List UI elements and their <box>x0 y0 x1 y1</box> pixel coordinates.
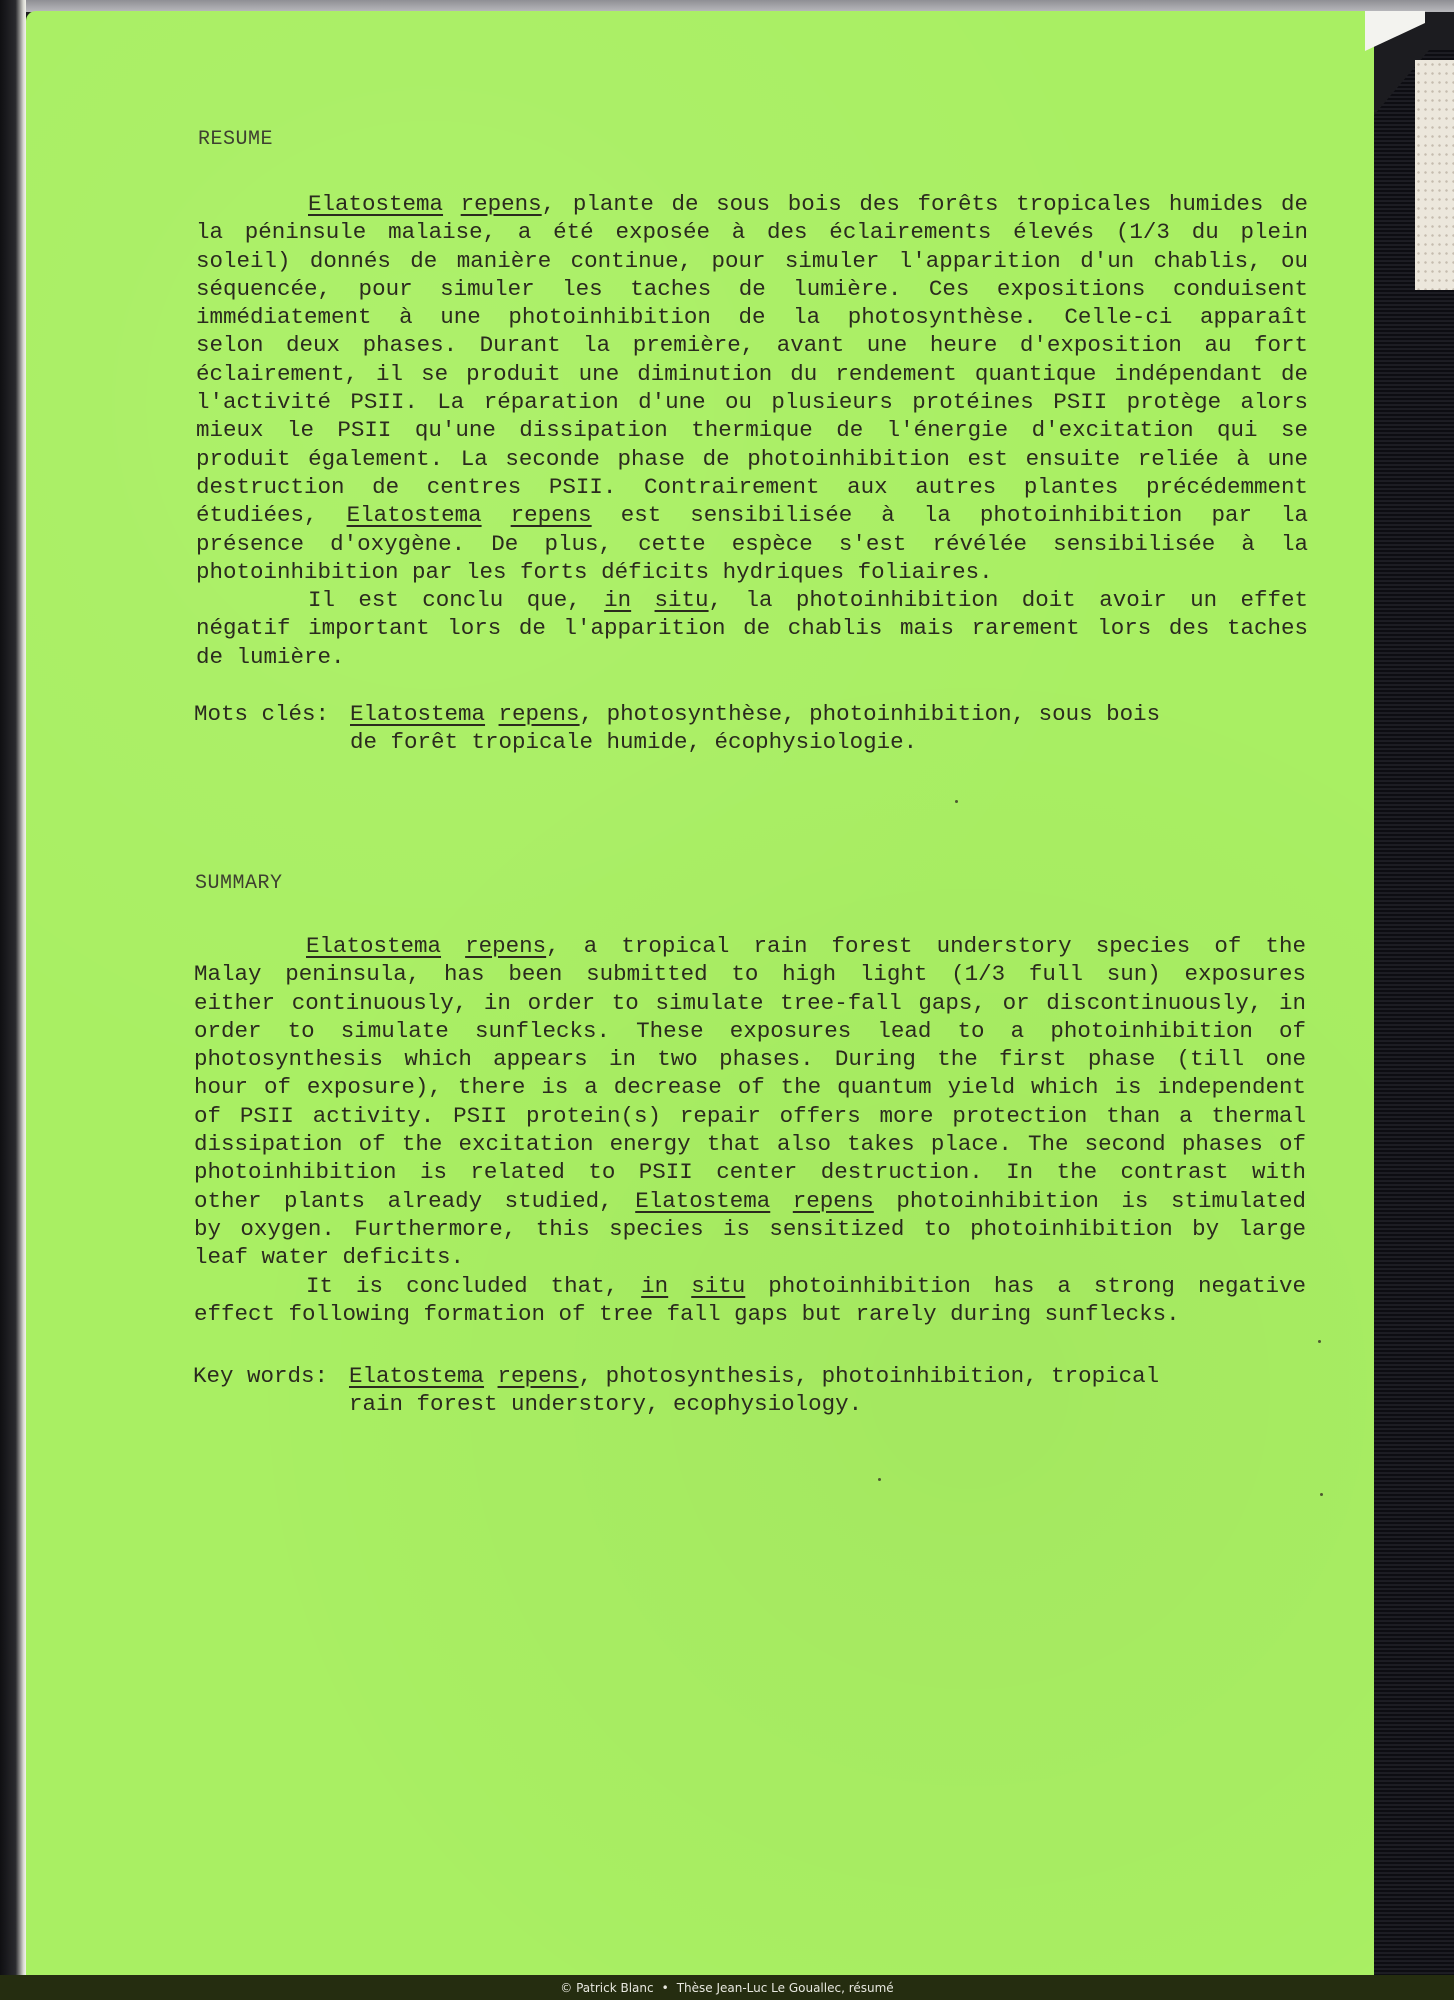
text-line: photoinhibition par les forts déficits h… <box>196 558 1308 586</box>
paper-speck <box>1320 1493 1323 1496</box>
text-line: Il est conclu que, in situ, la photoinhi… <box>196 586 1308 614</box>
paper-speck <box>955 800 958 803</box>
resume-heading: RESUME <box>198 128 273 151</box>
text-run: l'activité PSII. La réparation d'une ou … <box>196 389 1308 415</box>
text-line: présence d'oxygène. De plus, cette espèc… <box>196 530 1308 558</box>
underlined-term: repens <box>465 933 546 959</box>
underlined-term: repens <box>793 1188 874 1214</box>
underlined-term: Elatostema <box>347 502 482 528</box>
text-run: It is concluded that, <box>306 1273 641 1299</box>
keywords-label: Key words: <box>193 1362 349 1390</box>
text-run: dissipation of the excitation energy tha… <box>194 1131 1306 1157</box>
text-line: effect following formation of tree fall … <box>194 1300 1306 1328</box>
binding-inner-paper <box>1415 60 1454 290</box>
scan-background-left <box>0 0 26 1980</box>
text-run: photoinhibition par les forts déficits h… <box>196 559 993 585</box>
text-run <box>482 502 511 528</box>
text-line: éclairement, il se produit une diminutio… <box>196 360 1308 388</box>
underlined-term: repens <box>511 502 592 528</box>
text-run: , plante de sous bois des forêts tropica… <box>542 191 1308 217</box>
text-line: étudiées, Elatostema repens est sensibil… <box>196 501 1308 529</box>
keywords-line: de forêt tropicale humide, écophysiologi… <box>194 728 1214 756</box>
underlined-term: situ <box>691 1273 745 1299</box>
underlined-term: Elatostema <box>350 701 485 727</box>
text-line: l'activité PSII. La réparation d'une ou … <box>196 388 1308 416</box>
text-line: hour of exposure), there is a decrease o… <box>194 1073 1306 1101</box>
text-line: either continuously, in order to simulat… <box>194 989 1306 1017</box>
copyright-text: © Patrick Blanc <box>560 1981 653 1995</box>
resume-paragraph: Elatostema repens, plante de sous bois d… <box>196 190 1308 671</box>
keywords-label: Mots clés: <box>194 700 350 728</box>
text-run: immédiatement à une photoinhibition de l… <box>196 304 1308 330</box>
underlined-term: Elatostema <box>308 191 443 217</box>
text-line: photosynthesis which appears in two phas… <box>194 1045 1306 1073</box>
torn-corner <box>1365 11 1425 51</box>
text-run: Malay peninsula, has been submitted to h… <box>194 961 1306 987</box>
underlined-term: repens <box>498 1363 579 1389</box>
text-run: négatif important lors de l'apparition d… <box>196 615 1308 641</box>
separator-dot: • <box>662 1981 669 1995</box>
text-run: leaf water deficits. <box>194 1244 464 1270</box>
text-run: hour of exposure), there is a decrease o… <box>194 1074 1306 1100</box>
text-line: selon deux phases. Durant la première, a… <box>196 331 1308 359</box>
text-line: other plants already studied, Elatostema… <box>194 1187 1306 1215</box>
text-run: présence d'oxygène. De plus, cette espèc… <box>196 531 1308 557</box>
summary-paragraph: Elatostema repens, a tropical rain fores… <box>194 932 1306 1328</box>
keywords-line: rain forest understory, ecophysiology. <box>193 1390 1213 1418</box>
text-line: la péninsule malaise, a été exposée à de… <box>196 218 1308 246</box>
keywords-line: Key words:Elatostema repens, photosynthe… <box>193 1362 1213 1390</box>
underlined-term: repens <box>461 191 542 217</box>
text-run: , photosynthèse, photoinhibition, sous b… <box>580 701 1161 727</box>
text-line: dissipation of the excitation energy tha… <box>194 1130 1306 1158</box>
text-run: , la photoinhibition doit avoir un effet <box>709 587 1308 613</box>
text-line: séquencée, pour simuler les taches de lu… <box>196 275 1308 303</box>
text-run: , photosynthesis, photoinhibition, tropi… <box>579 1363 1160 1389</box>
summary-heading: SUMMARY <box>195 872 283 895</box>
text-line: soleil) donnés de manière continue, pour… <box>196 247 1308 275</box>
paper-speck <box>1318 1340 1321 1343</box>
text-run: selon deux phases. Durant la première, a… <box>196 332 1308 358</box>
text-run <box>668 1273 691 1299</box>
text-run: , a tropical rain forest understory spec… <box>546 933 1306 959</box>
text-run <box>485 701 499 727</box>
text-line: immédiatement à une photoinhibition de l… <box>196 303 1308 331</box>
text-run <box>770 1188 793 1214</box>
text-line: Malay peninsula, has been submitted to h… <box>194 960 1306 988</box>
text-run: Il est conclu que, <box>308 587 604 613</box>
summary-keywords: Key words:Elatostema repens, photosynthe… <box>193 1362 1213 1419</box>
text-run <box>484 1363 498 1389</box>
paper-speck <box>878 1478 881 1481</box>
resume-keywords: Mots clés:Elatostema repens, photosynthè… <box>194 700 1214 757</box>
text-line: de lumière. <box>196 643 1308 671</box>
text-run: rain forest understory, ecophysiology. <box>349 1391 862 1417</box>
text-run: soleil) donnés de manière continue, pour… <box>196 248 1308 274</box>
text-run <box>443 191 461 217</box>
underlined-term: Elatostema <box>306 933 441 959</box>
underlined-term: in <box>641 1273 668 1299</box>
text-run: de lumière. <box>196 644 345 670</box>
text-run: photoinhibition has a strong negative <box>745 1273 1306 1299</box>
text-line: destruction de centres PSII. Contraireme… <box>196 473 1308 501</box>
text-run: photosynthesis which appears in two phas… <box>194 1046 1306 1072</box>
underlined-term: in <box>604 587 631 613</box>
text-run: éclairement, il se produit une diminutio… <box>196 361 1308 387</box>
text-run: étudiées, <box>196 502 347 528</box>
text-run: est sensibilisée à la photoinhibition pa… <box>592 502 1308 528</box>
underlined-term: Elatostema <box>635 1188 770 1214</box>
underlined-term: situ <box>655 587 709 613</box>
image-credit-footer: © Patrick Blanc • Thèse Jean-Luc Le Goua… <box>0 1975 1454 2000</box>
text-line: mieux le PSII qu'une dissipation thermiq… <box>196 416 1308 444</box>
text-line: Elatostema repens, plante de sous bois d… <box>196 190 1308 218</box>
text-line: order to simulate sunflecks. These expos… <box>194 1017 1306 1045</box>
text-run <box>441 933 465 959</box>
text-run: de forêt tropicale humide, écophysiologi… <box>350 729 917 755</box>
text-line: produit également. La seconde phase de p… <box>196 445 1308 473</box>
text-run: la péninsule malaise, a été exposée à de… <box>196 219 1308 245</box>
text-run: destruction de centres PSII. Contraireme… <box>196 474 1308 500</box>
text-run: either continuously, in order to simulat… <box>194 990 1306 1016</box>
text-run: mieux le PSII qu'une dissipation thermiq… <box>196 417 1308 443</box>
caption-text: Thèse Jean-Luc Le Gouallec, résumé <box>677 1981 894 1995</box>
text-run: effect following formation of tree fall … <box>194 1301 1180 1327</box>
text-run: of PSII activity. PSII protein(s) repair… <box>194 1103 1306 1129</box>
text-run: photoinhibition is related to PSII cente… <box>194 1159 1306 1185</box>
text-line: négatif important lors de l'apparition d… <box>196 614 1308 642</box>
text-run: produit également. La seconde phase de p… <box>196 446 1308 472</box>
text-run: other plants already studied, <box>194 1188 635 1214</box>
underlined-term: repens <box>499 701 580 727</box>
text-line: of PSII activity. PSII protein(s) repair… <box>194 1102 1306 1130</box>
text-run: order to simulate sunflecks. These expos… <box>194 1018 1306 1044</box>
text-line: by oxygen. Furthermore, this species is … <box>194 1215 1306 1243</box>
text-line: leaf water deficits. <box>194 1243 1306 1271</box>
book-binding-spine <box>1374 50 1454 1980</box>
text-run: séquencée, pour simuler les taches de lu… <box>196 276 1308 302</box>
underlined-term: Elatostema <box>349 1363 484 1389</box>
text-line: photoinhibition is related to PSII cente… <box>194 1158 1306 1186</box>
text-run: by oxygen. Furthermore, this species is … <box>194 1216 1306 1242</box>
keywords-line: Mots clés:Elatostema repens, photosynthè… <box>194 700 1214 728</box>
text-line: Elatostema repens, a tropical rain fores… <box>194 932 1306 960</box>
text-run: photoinhibition is stimulated <box>874 1188 1306 1214</box>
text-run <box>631 587 654 613</box>
text-line: It is concluded that, in situ photoinhib… <box>194 1272 1306 1300</box>
